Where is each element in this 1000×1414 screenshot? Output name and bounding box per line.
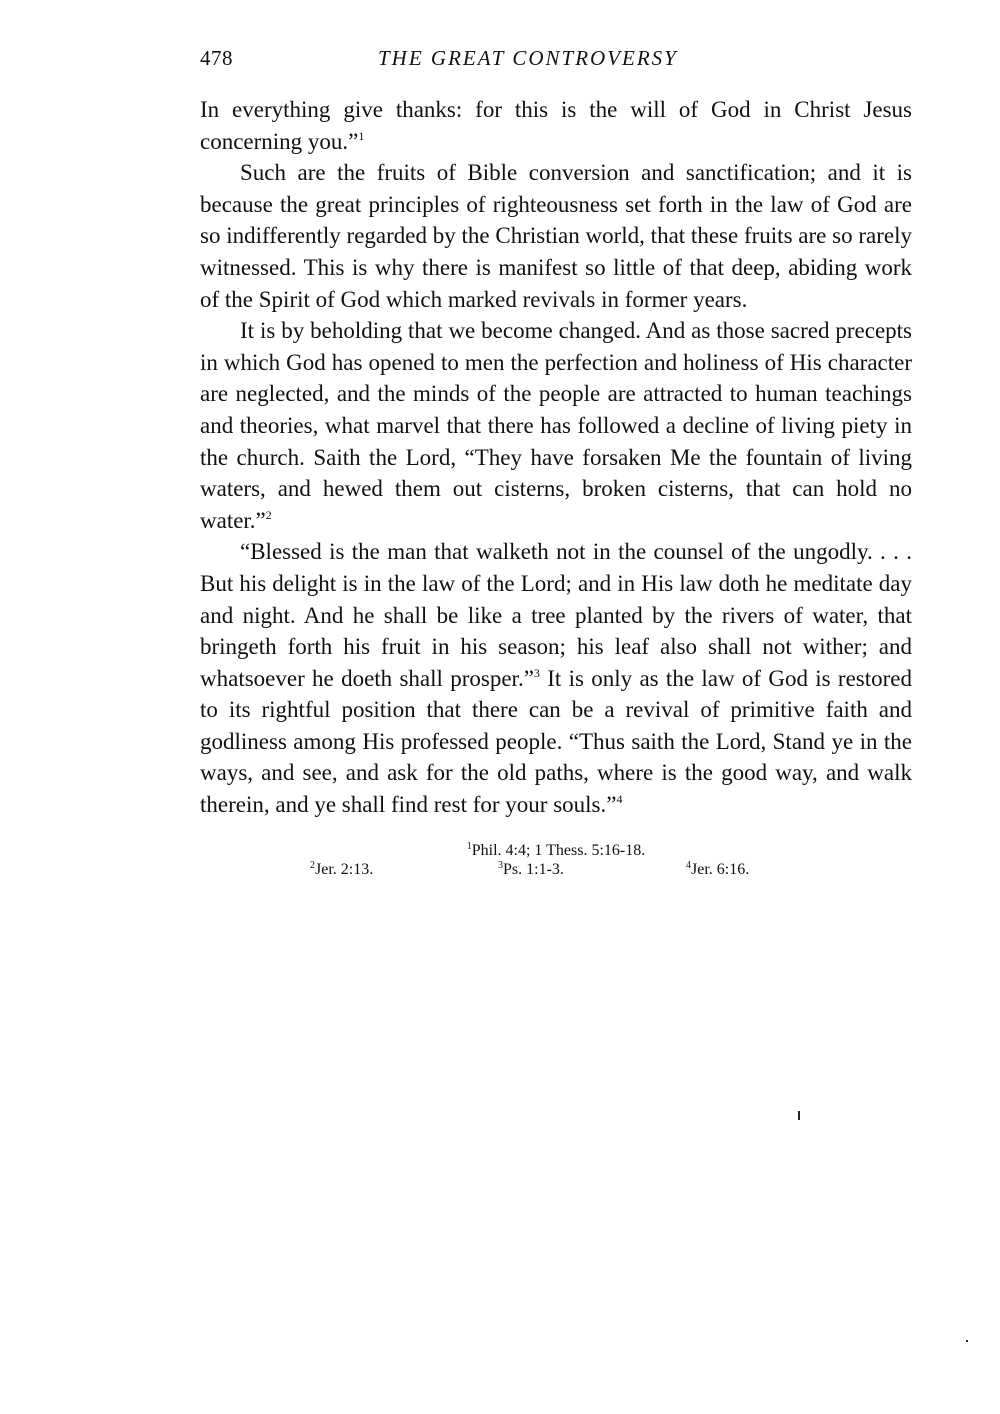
footnote-3: 3Ps. 1:1-3. [498, 860, 564, 879]
paragraph-text: In everything give thanks: for this is t… [200, 97, 912, 154]
book-page: 478 THE GREAT CONTROVERSY In everything … [200, 44, 912, 880]
footnote-text: Jer. 2:13. [315, 861, 373, 878]
footnote-text: Ps. 1:1-3. [503, 861, 564, 878]
page-header: 478 THE GREAT CONTROVERSY [200, 44, 912, 76]
scan-speck [798, 1111, 800, 1120]
scan-speck [966, 1340, 968, 1342]
footnote-text: Phil. 4:4; 1 Thess. 5:16-18. [472, 842, 646, 859]
footnote-row: 2Jer. 2:13. 3Ps. 1:1-3. 4Jer. 6:16. [200, 860, 912, 880]
footnote-2: 2Jer. 2:13. [310, 860, 373, 879]
footnote-1: 1Phil. 4:4; 1 Thess. 5:16-18. [200, 841, 912, 860]
footnote-ref: 4 [616, 792, 622, 806]
paragraph-1: In everything give thanks: for this is t… [200, 94, 912, 157]
paragraph-4: “Blessed is the man that walketh not in … [200, 536, 912, 820]
footnote-ref: 2 [266, 508, 272, 522]
paragraph-text: It is by beholding that we become change… [200, 318, 912, 533]
paragraph-2: Such are the fruits of Bible conversion … [200, 157, 912, 315]
paragraph-text: Such are the fruits of Bible conversion … [200, 160, 912, 311]
footnote-4: 4Jer. 6:16. [686, 860, 749, 879]
footnote-text: Jer. 6:16. [691, 861, 749, 878]
footnotes: 1Phil. 4:4; 1 Thess. 5:16-18. 2Jer. 2:13… [200, 841, 912, 880]
paragraph-3: It is by beholding that we become change… [200, 315, 912, 536]
body-text: In everything give thanks: for this is t… [200, 94, 912, 821]
running-title: THE GREAT CONTROVERSY [378, 46, 678, 71]
page-number: 478 [200, 46, 233, 71]
footnote-ref: 1 [358, 129, 364, 143]
